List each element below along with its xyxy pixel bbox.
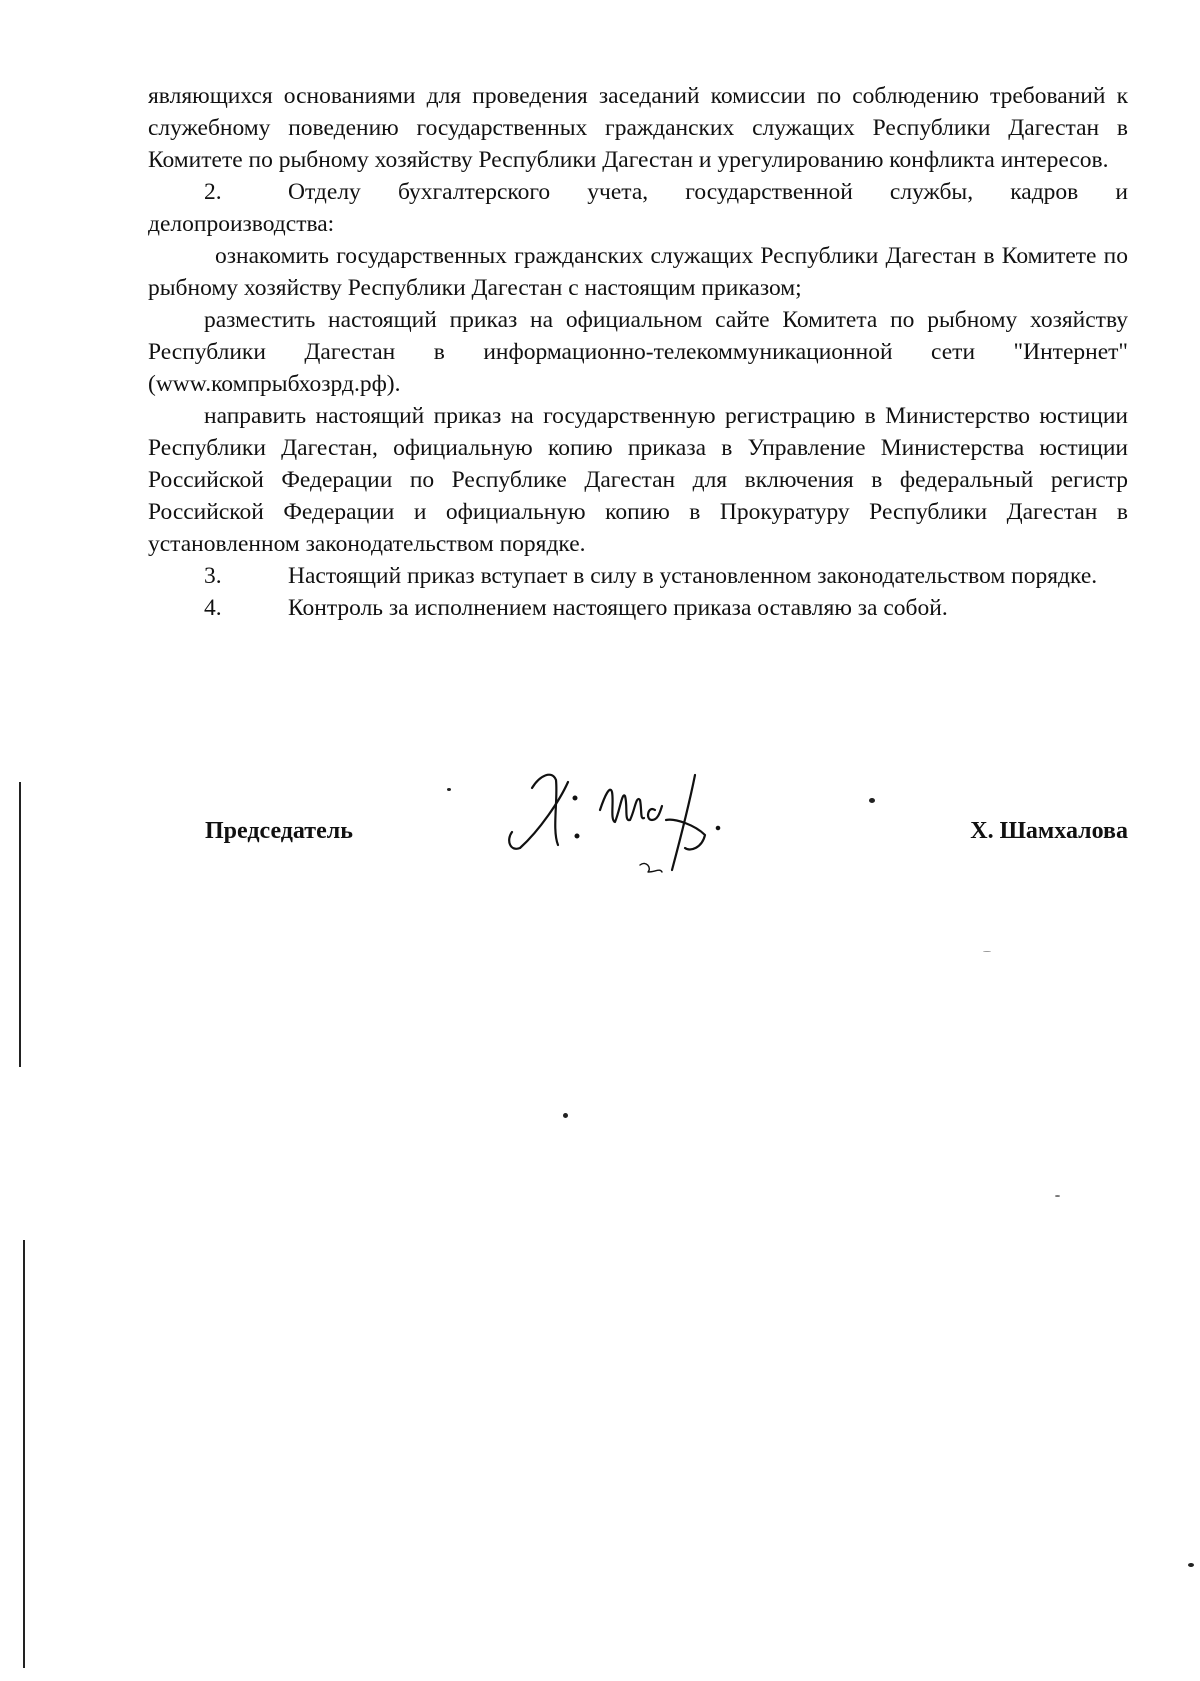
item-text: Отделу бухгалтерского учета, государстве… [148, 179, 1128, 237]
scan-edge-line [23, 1240, 25, 1668]
scan-speck [869, 798, 875, 803]
scan-speck [563, 1113, 568, 1118]
paragraph-publish: разместить настоящий приказ на официальн… [148, 304, 1128, 400]
scan-speck [983, 951, 991, 952]
document-body: являющихся основаниями для проведения за… [148, 80, 1128, 624]
signatory-name: Х. Шамхалова [970, 818, 1128, 845]
signature-row: Председатель Х. Шамхалова [0, 812, 1200, 852]
document-page: являющихся основаниями для проведения за… [0, 0, 1200, 1681]
paragraph-register: направить настоящий приказ на государств… [148, 400, 1128, 560]
signatory-title: Председатель [205, 818, 353, 845]
paragraph-continuation: являющихся основаниями для проведения за… [148, 80, 1128, 176]
numbered-item-4: 4.Контроль за исполнением настоящего при… [148, 592, 1128, 624]
numbered-item-2: 2.Отделу бухгалтерского учета, государст… [148, 176, 1128, 240]
item-text: Настоящий приказ вступает в силу в устан… [288, 563, 1097, 589]
scan-speck [447, 788, 451, 791]
scan-speck [1055, 1195, 1060, 1197]
item-number: 4. [204, 592, 288, 624]
numbered-item-3: 3.Настоящий приказ вступает в силу в уст… [148, 560, 1128, 592]
scan-speck [1188, 1563, 1194, 1567]
item-number: 3. [204, 560, 288, 592]
paragraph-acquaint: ознакомить государственных гражданских с… [148, 240, 1128, 304]
item-number: 2. [204, 176, 288, 208]
item-text: Контроль за исполнением настоящего прика… [288, 595, 948, 621]
